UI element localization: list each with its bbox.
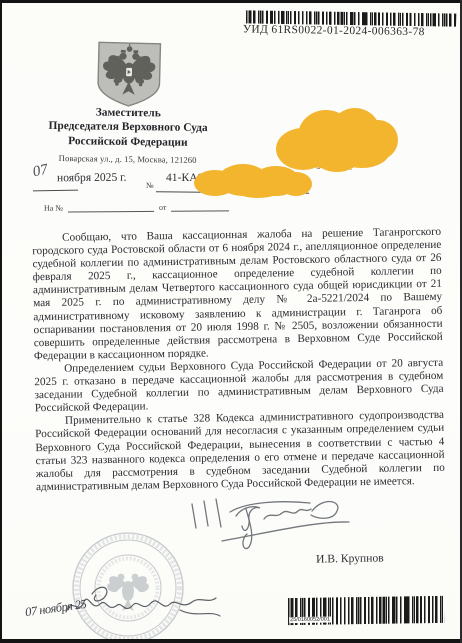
redaction-blob-number [194, 164, 312, 198]
bottom-barcode-label: 25/0160052/001 [289, 617, 331, 624]
body-paragraph-2: Определением судьи Верховного Суда Росси… [34, 357, 444, 416]
letter-body: Сообщаю, что Ваша кассационная жалоба на… [32, 226, 445, 494]
uid-barcode-label: УИД 61RS0022-01-2024-006363-78 [243, 23, 456, 38]
uid-barcode-block: УИД 61RS0022-01-2024-006363-78 [243, 10, 456, 38]
body-paragraph-3: Применительно к статье 328 Кодекса админ… [35, 409, 445, 494]
signatory-name: И.В. Крупнов [316, 551, 384, 565]
coat-of-arms-icon [93, 40, 165, 109]
letterhead: Заместитель Председателя Верховного Суда… [18, 104, 239, 165]
in-reply-date-line [171, 201, 229, 211]
frame-edge-top [0, 0, 462, 3]
in-reply-number-line [68, 202, 154, 213]
bottom-barcode-block: 25/0160052/001 [288, 596, 446, 625]
redaction-blob-top-right [274, 108, 398, 172]
scanned-letter-page: УИД 61RS0022-01-2024-006363-78 Заместите… [0, 0, 462, 643]
frame-edge-bottom [0, 639, 462, 643]
handwritten-day: 07 [31, 162, 49, 182]
in-reply-from-label: от [159, 203, 166, 212]
date-text: ноября 2025 г. [57, 171, 127, 185]
number-sign: № [146, 181, 154, 190]
frame-edge-left [0, 0, 2, 643]
day-underline [33, 190, 78, 192]
in-reply-label: На № [44, 204, 63, 213]
in-reply-row: На №от [44, 201, 234, 212]
signature-icon [184, 492, 356, 554]
letterhead-title-line2: Председателя Верховного Суда [18, 119, 238, 136]
body-paragraph-1: Сообщаю, что Ваша кассационная жалоба на… [32, 226, 443, 363]
